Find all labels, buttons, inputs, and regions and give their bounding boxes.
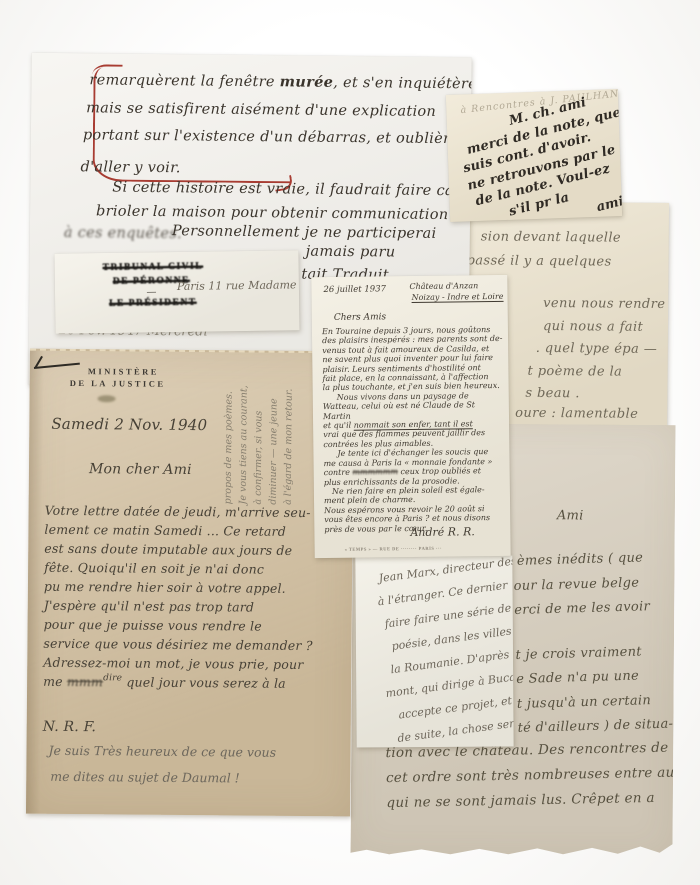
letter-address: Château d'Anzan: [409, 281, 478, 291]
line-fragment: remarquèrent la fenêtre: [89, 72, 279, 90]
letter-body: En Touraine depuis 3 jours, nous goûtons…: [322, 325, 507, 534]
handwritten-line: s beau .: [525, 386, 580, 401]
margin-note-line: Je vous tiens au courant,: [236, 358, 252, 504]
handwritten-line: me mmmdire quel jour vous serez à la: [43, 674, 286, 691]
signature: André R. R.: [410, 525, 475, 539]
paper-fold-shading: [26, 351, 44, 814]
letter-salutation: Mon cher Ami: [89, 461, 192, 478]
handwritten-address: Paris 11 rue Madame ——: [177, 278, 300, 293]
letter-body: Jean Marx, directeur des à l'étranger. C…: [367, 555, 513, 747]
handwritten-line: service que vous désiriez me demander ?: [43, 636, 312, 653]
letter-address: Noizay - Indre et Loire: [411, 292, 503, 302]
handwritten-line: erci de me les avoir: [514, 595, 670, 624]
letter-body-column: èmes inédits ( que our la revue belge er…: [513, 546, 674, 742]
handwritten-line: Personnellement je ne participerai: [172, 223, 437, 242]
emphasized-word: murée: [280, 73, 334, 91]
scribbled-out-word: mmmmmm: [352, 467, 398, 477]
letterhead-emblem: [98, 395, 116, 402]
handwritten-line: J'espère qu'il n'est pas trop tard: [44, 598, 254, 615]
handwritten-line: Si cette histoire est vraie, il faudrait…: [112, 180, 471, 200]
closing-line: me dites au sujet de Daumal !: [50, 769, 240, 786]
inserted-word: dire: [103, 673, 122, 683]
printed-stationery-footer: « TEMPS » — RUE DE ········ PARIS ···: [345, 546, 442, 552]
letter-salutation: Chers Amis: [334, 312, 386, 323]
handwritten-line: t poème de la: [528, 364, 623, 380]
letter-jean-marx: Jean Marx, directeur des à l'étranger. C…: [355, 555, 513, 747]
handwritten-line: pu me rendre hier soir à votre appel.: [44, 579, 286, 596]
handwritten-line: Watteau, celui où est né Claude de St Ma…: [323, 400, 505, 421]
letter-paulhan: à Rencontres à J. PAULHAN M. ch. ami mer…: [446, 89, 622, 222]
handwritten-line: Votre lettre datée de jeudi, m'arrive se…: [45, 503, 311, 520]
handwritten-line: brioler la maison pour obtenir communica…: [96, 203, 449, 223]
letter-ministere-justice: MINISTÈRE DE LA JUSTICE Samedi 2 Nov. 19…: [26, 349, 354, 817]
margin-note-line: à l'égard de mon retour.: [281, 359, 297, 505]
letterhead-ministere: MINISTÈRE: [88, 366, 159, 377]
photo-of-manuscript-letters: { "palette": { "background": "#fdfdfc", …: [0, 0, 700, 885]
line-fragment: et qu'il: [323, 421, 354, 430]
illegible-fragment: à ces enquêtes.: [64, 225, 182, 242]
handwritten-line: Adressez-moi un mot, je vous prie, pour: [43, 655, 303, 672]
handwritten-line: d'aller y voir.: [80, 159, 180, 176]
handwritten-line: passé il y a quelques: [466, 253, 611, 269]
nrf-line: N. R. F.: [43, 719, 96, 735]
handwritten-line: qui ne se sont jamais lus. Crêpet en a: [386, 785, 675, 816]
letter-date: 26 juillet 1937: [323, 284, 386, 295]
closing-line: Je suis Très heureux de ce que vous: [48, 743, 276, 760]
handwritten-fragment: jamais paru: [306, 244, 396, 261]
handwritten-line: est sans doute imputable aux jours de: [44, 541, 292, 558]
line-fragment: contre: [324, 468, 353, 477]
printed-letterhead-line: LE PRÉSIDENT: [109, 298, 197, 309]
line-fragment: , et s'en inquiétèrent,: [333, 75, 472, 93]
handwritten-line: sion devant laquelle: [481, 229, 621, 245]
handwritten-line: lement ce matin Samedi ... Ce retard: [44, 522, 286, 539]
struck-word: mmm: [67, 674, 103, 689]
margin-note-line: à confirmer, si vous: [251, 359, 267, 505]
line-fragment: quel jour vous serez à la: [122, 674, 286, 690]
salutation-fragment: Ami: [557, 508, 584, 523]
ink-mark: [34, 357, 84, 375]
printed-divider: —: [147, 286, 156, 296]
handwritten-line: . quel type épa —: [536, 341, 657, 357]
printed-letterhead-line: TRIBUNAL CIVIL: [103, 262, 204, 273]
letterhead-justice: DE LA JUSTICE: [70, 378, 166, 389]
line-fragment: ceux trop oubliés et: [398, 466, 481, 476]
handwritten-line: oure : lamentable: [515, 406, 638, 422]
handwritten-line: pour que je puisse vous rendre le: [44, 617, 262, 634]
handwritten-line: fête. Quoiqu'il en soit je n'ai donc: [44, 560, 264, 577]
card-tribunal-civil: TRIBUNAL CIVIL DE PÉRONNE — LE PRÉSIDENT…: [54, 250, 299, 333]
margin-note-line: propos de mes poèmes.: [221, 358, 237, 504]
margin-note-line: diminuer — une jeune: [266, 359, 282, 505]
vertical-margin-note: propos de mes poèmes. Je vous tiens au c…: [221, 358, 300, 505]
line-fragment: me: [43, 674, 67, 689]
letter-date: Samedi 2 Nov. 1940: [51, 415, 207, 434]
handwritten-line: venu nous rendre: [543, 296, 665, 312]
handwritten-line: qui nous a fait: [543, 319, 643, 335]
letter-noizay-1937: 26 juillet 1937 Château d'Anzan Noizay -…: [311, 275, 510, 558]
